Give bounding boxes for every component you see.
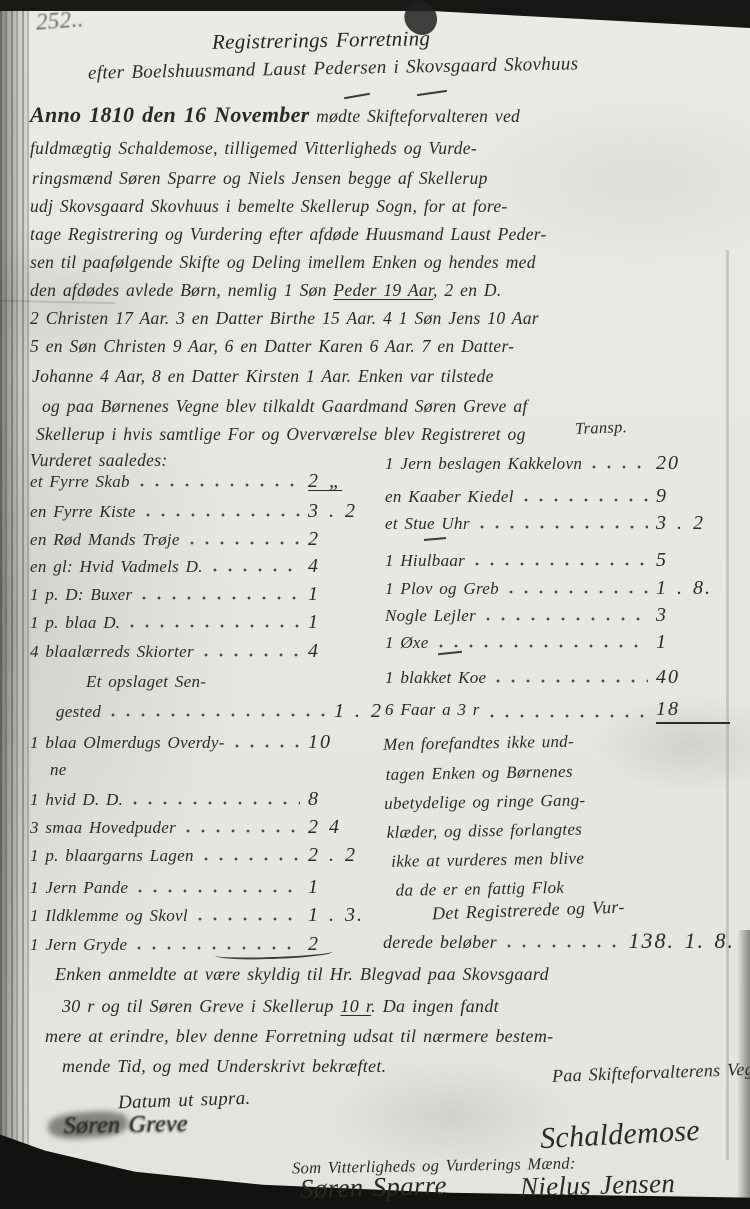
body-line: tage Registrering og Vurdering efter afd… bbox=[30, 224, 547, 245]
note-line: da de er en fattig Flok bbox=[396, 878, 565, 901]
body-line: udj Skovsgaard Skovhuus i bemelte Skelle… bbox=[30, 196, 508, 217]
total-label-line2: derede beløber bbox=[383, 932, 497, 953]
closing-line: Enken anmeldte at være skyldig til Hr. B… bbox=[55, 964, 549, 985]
signature-schaldemose: Schaldemose bbox=[539, 1114, 700, 1156]
item-label: 1 hvid D. D. bbox=[30, 790, 123, 810]
dotted-leader bbox=[592, 462, 648, 471]
signature-nielus-jensen: Nielus Jensen bbox=[520, 1168, 676, 1203]
signature-soren-sparre: Søren Sparre bbox=[300, 1170, 448, 1205]
document-subtitle: efter Boelshuusmand Laust Pedersen i Sko… bbox=[88, 53, 579, 84]
item-value: 4 bbox=[308, 555, 382, 578]
inventory-item-wrap: Et opslaget Sen- bbox=[30, 672, 438, 692]
note-line: Men forefandtes ikke und- bbox=[383, 732, 574, 755]
dotted-leader bbox=[186, 826, 300, 835]
closing-line: 30 r og til Søren Greve i Skellerup 10 r… bbox=[62, 996, 499, 1017]
body-line-text: den afdødes avlede Børn, nemlig 1 Søn bbox=[30, 280, 333, 300]
inventory-left-header: Vurderet saaledes: bbox=[30, 450, 167, 471]
item-value: 1 . 8. bbox=[656, 577, 730, 600]
dotted-leader bbox=[204, 650, 300, 659]
closing-line: mere at erindre, blev denne Forretning u… bbox=[45, 1026, 553, 1047]
inventory-item: 1 p. blaargarns Lagen 2 . 2 bbox=[30, 844, 382, 867]
inventory-right-column: 1 Jern beslagen Kakkelovn 20 en Kaaber K… bbox=[385, 452, 730, 752]
ink-mark bbox=[344, 93, 370, 99]
item-label: 3 smaa Hovedpuder bbox=[30, 818, 176, 838]
item-label: en gl: Hvid Vadmels D. bbox=[30, 557, 203, 577]
item-label: et Fyrre Skab bbox=[30, 472, 130, 492]
item-label: 6 Faar a 3 r bbox=[385, 700, 480, 720]
dotted-leader bbox=[130, 621, 300, 630]
body-line: 5 en Søn Christen 9 Aar, 6 en Datter Kar… bbox=[30, 336, 514, 357]
item-label: 1 p. D: Buxer bbox=[30, 585, 132, 605]
item-value: 2 bbox=[308, 528, 382, 551]
on-behalf-line: Paa Skifteforvalterens Vegne bbox=[552, 1058, 750, 1087]
inventory-item: 1 Hiulbaar 5 bbox=[385, 549, 730, 572]
item-value: 1 bbox=[308, 611, 382, 634]
dotted-leader bbox=[507, 941, 621, 950]
item-label: gested bbox=[56, 702, 101, 722]
dotted-leader bbox=[486, 614, 648, 623]
inventory-item: 1 p. blaa D. 1 bbox=[30, 611, 382, 634]
inventory-item-wrap: ne bbox=[30, 760, 402, 780]
document-title: Registrerings Forretning bbox=[212, 26, 431, 55]
inventory-item: 3 smaa Hovedpuder 2 4 bbox=[30, 816, 382, 839]
dotted-leader bbox=[142, 593, 300, 602]
item-value: 3 . 2 bbox=[308, 500, 382, 523]
dotted-leader bbox=[190, 538, 300, 547]
dotted-leader bbox=[235, 741, 300, 750]
item-value: 4 bbox=[308, 640, 382, 663]
body-line: fuldmægtig Schaldemose, tilligemed Vitte… bbox=[30, 138, 477, 159]
total-label-line1: Det Registrerede og Vur- bbox=[432, 897, 625, 925]
body-line-text: mødte Skifteforvalteren ved bbox=[310, 106, 521, 126]
dotted-leader bbox=[480, 522, 648, 531]
item-label: 1 Hiulbaar bbox=[385, 551, 465, 571]
dotted-leader bbox=[198, 914, 300, 923]
inventory-item: 1 Plov og Greb 1 . 8. bbox=[385, 577, 730, 600]
inventory-item: 1 blakket Koe 40 bbox=[385, 666, 730, 689]
inventory-item: 1 hvid D. D. 8 bbox=[30, 788, 382, 811]
inventory-left-column: et Fyrre Skab 2 „ en Fyrre Kiste 3 . 2 e… bbox=[30, 470, 382, 960]
item-value: 9 bbox=[656, 485, 730, 508]
inventory-item: 1 p. D: Buxer 1 bbox=[30, 583, 382, 606]
inventory-item: 6 Faar a 3 r 18 bbox=[385, 698, 730, 724]
inventory-item: en Rød Mands Trøje 2 bbox=[30, 528, 382, 551]
dotted-leader bbox=[204, 854, 300, 863]
item-label: en Kaaber Kiedel bbox=[385, 487, 514, 507]
dotted-leader bbox=[111, 710, 326, 719]
body-line: Skellerup i hvis samtlige For og Overvær… bbox=[36, 424, 526, 445]
item-label: 1 p. blaa D. bbox=[30, 613, 120, 633]
ink-mark bbox=[417, 90, 447, 96]
body-line: og paa Børnenes Vegne blev tilkaldt Gaar… bbox=[42, 396, 528, 417]
dotted-leader bbox=[133, 798, 300, 807]
item-value: 3 bbox=[656, 604, 730, 627]
item-value: 1 bbox=[308, 583, 382, 606]
item-label: 1 p. blaargarns Lagen bbox=[30, 846, 194, 866]
item-label: 1 Jern beslagen Kakkelovn bbox=[385, 454, 582, 474]
item-label: 1 Jern Pande bbox=[30, 878, 128, 898]
inventory-item: et Stue Uhr 3 . 2 bbox=[385, 512, 730, 535]
item-label: en Fyrre Kiste bbox=[30, 502, 136, 522]
note-line: tagen Enken og Børnenes bbox=[386, 762, 573, 785]
item-label: 1 Jern Gryde bbox=[30, 935, 127, 955]
dotted-leader bbox=[140, 480, 300, 489]
inventory-item: en Fyrre Kiste 3 . 2 bbox=[30, 500, 382, 523]
closing-line: mende Tid, og med Underskrivt bekræftet. bbox=[62, 1056, 386, 1077]
note-line: klæder, og disse forlangtes bbox=[387, 820, 583, 843]
item-value: 8 bbox=[308, 788, 382, 811]
dotted-leader bbox=[439, 641, 648, 650]
item-value: 1 bbox=[656, 631, 730, 654]
underlined-debt: 10 r bbox=[340, 996, 371, 1016]
dotted-leader bbox=[146, 510, 300, 519]
total-value: 138. 1. 8. bbox=[629, 928, 736, 954]
inventory-item: 1 Jern Pande 1 bbox=[30, 876, 382, 899]
item-value: 18 bbox=[656, 698, 730, 724]
scanned-document-page: 252.. Registrerings Forretning efter Boe… bbox=[0, 0, 750, 1209]
dotted-leader bbox=[475, 559, 648, 568]
dotted-leader bbox=[509, 587, 648, 596]
scan-top-edge-right bbox=[418, 0, 750, 28]
item-label: 1 Plov og Greb bbox=[385, 579, 499, 599]
item-label: 1 blaa Olmerdugs Overdy- bbox=[30, 733, 225, 753]
body-line: ringsmænd Søren Sparre og Niels Jensen b… bbox=[32, 168, 488, 189]
note-line: ikke at vurderes men blive bbox=[391, 849, 584, 872]
dotted-leader bbox=[496, 676, 648, 685]
item-label: 1 blakket Koe bbox=[385, 668, 486, 688]
page-number: 252.. bbox=[35, 6, 84, 35]
item-label: et Stue Uhr bbox=[385, 514, 470, 534]
item-label: Nogle Lejler bbox=[385, 606, 476, 626]
transport-header: Transp. bbox=[575, 417, 628, 439]
closing-line-text: . Da ingen fandt bbox=[371, 996, 499, 1016]
item-value: 20 bbox=[656, 452, 730, 475]
inventory-item: 1 Øxe 1 bbox=[385, 631, 730, 654]
item-label: 4 blaalærreds Skiorter bbox=[30, 642, 194, 662]
inventory-item: en Kaaber Kiedel 9 bbox=[385, 485, 730, 508]
item-value: 2 4 bbox=[308, 816, 382, 839]
item-value: 40 bbox=[656, 666, 730, 689]
item-value: 10 bbox=[308, 731, 382, 754]
inventory-item: Nogle Lejler 3 bbox=[385, 604, 730, 627]
inventory-item: 1 Jern beslagen Kakkelovn 20 bbox=[385, 452, 730, 475]
body-line: 2 Christen 17 Aar. 3 en Datter Birthe 15… bbox=[30, 308, 539, 329]
inventory-item: 4 blaalærreds Skiorter 4 bbox=[30, 640, 382, 663]
body-line: Johanne 4 Aar, 8 en Datter Kirsten 1 Aar… bbox=[32, 366, 494, 387]
inventory-item: 1 Ildklemme og Skovl 1 . 3. bbox=[30, 904, 382, 927]
inventory-item: en gl: Hvid Vadmels D. 4 bbox=[30, 555, 382, 578]
item-label: 1 Øxe bbox=[385, 633, 429, 653]
note-line: ubetydelige og ringe Gang- bbox=[384, 790, 586, 814]
dotted-leader bbox=[138, 886, 300, 895]
dotted-leader bbox=[490, 711, 648, 720]
inventory-item: 1 blaa Olmerdugs Overdy- 10 bbox=[30, 731, 382, 754]
item-value: 2 . 2 bbox=[308, 844, 382, 867]
body-line-text: , 2 en D. bbox=[433, 280, 501, 300]
total-row: derede beløber 138. 1. 8. bbox=[383, 928, 735, 954]
signature-soren-greve: Søren Greve bbox=[64, 1111, 189, 1140]
body-line: sen til paafølgende Skifte og Deling ime… bbox=[30, 252, 536, 273]
item-value: 5 bbox=[656, 549, 730, 572]
body-line: Anno 1810 den 16 November mødte Skiftefo… bbox=[30, 102, 520, 128]
inventory-item: et Fyrre Skab 2 „ bbox=[30, 470, 382, 493]
item-value: 2 „ bbox=[308, 470, 382, 493]
closing-line-text: 30 r og til Søren Greve i Skellerup bbox=[62, 996, 340, 1016]
item-label: 1 Ildklemme og Skovl bbox=[30, 906, 188, 926]
item-label: Et opslaget Sen- bbox=[86, 672, 206, 692]
opening-date: Anno 1810 den 16 November bbox=[30, 102, 310, 127]
underlined-heir: Peder 19 Aar bbox=[333, 280, 433, 300]
binding-shadow bbox=[0, 0, 30, 1209]
dotted-leader bbox=[524, 495, 648, 504]
item-label: ne bbox=[50, 760, 67, 780]
body-line: den afdødes avlede Børn, nemlig 1 Søn Pe… bbox=[30, 280, 502, 301]
item-label: en Rød Mands Trøje bbox=[30, 530, 180, 550]
inventory-item: gested 1 . 2 bbox=[30, 700, 408, 723]
item-value: 3 . 2 bbox=[656, 512, 730, 535]
dotted-leader bbox=[213, 565, 300, 574]
item-value: 1 bbox=[308, 876, 382, 899]
item-value: 1 . 3. bbox=[308, 904, 382, 927]
